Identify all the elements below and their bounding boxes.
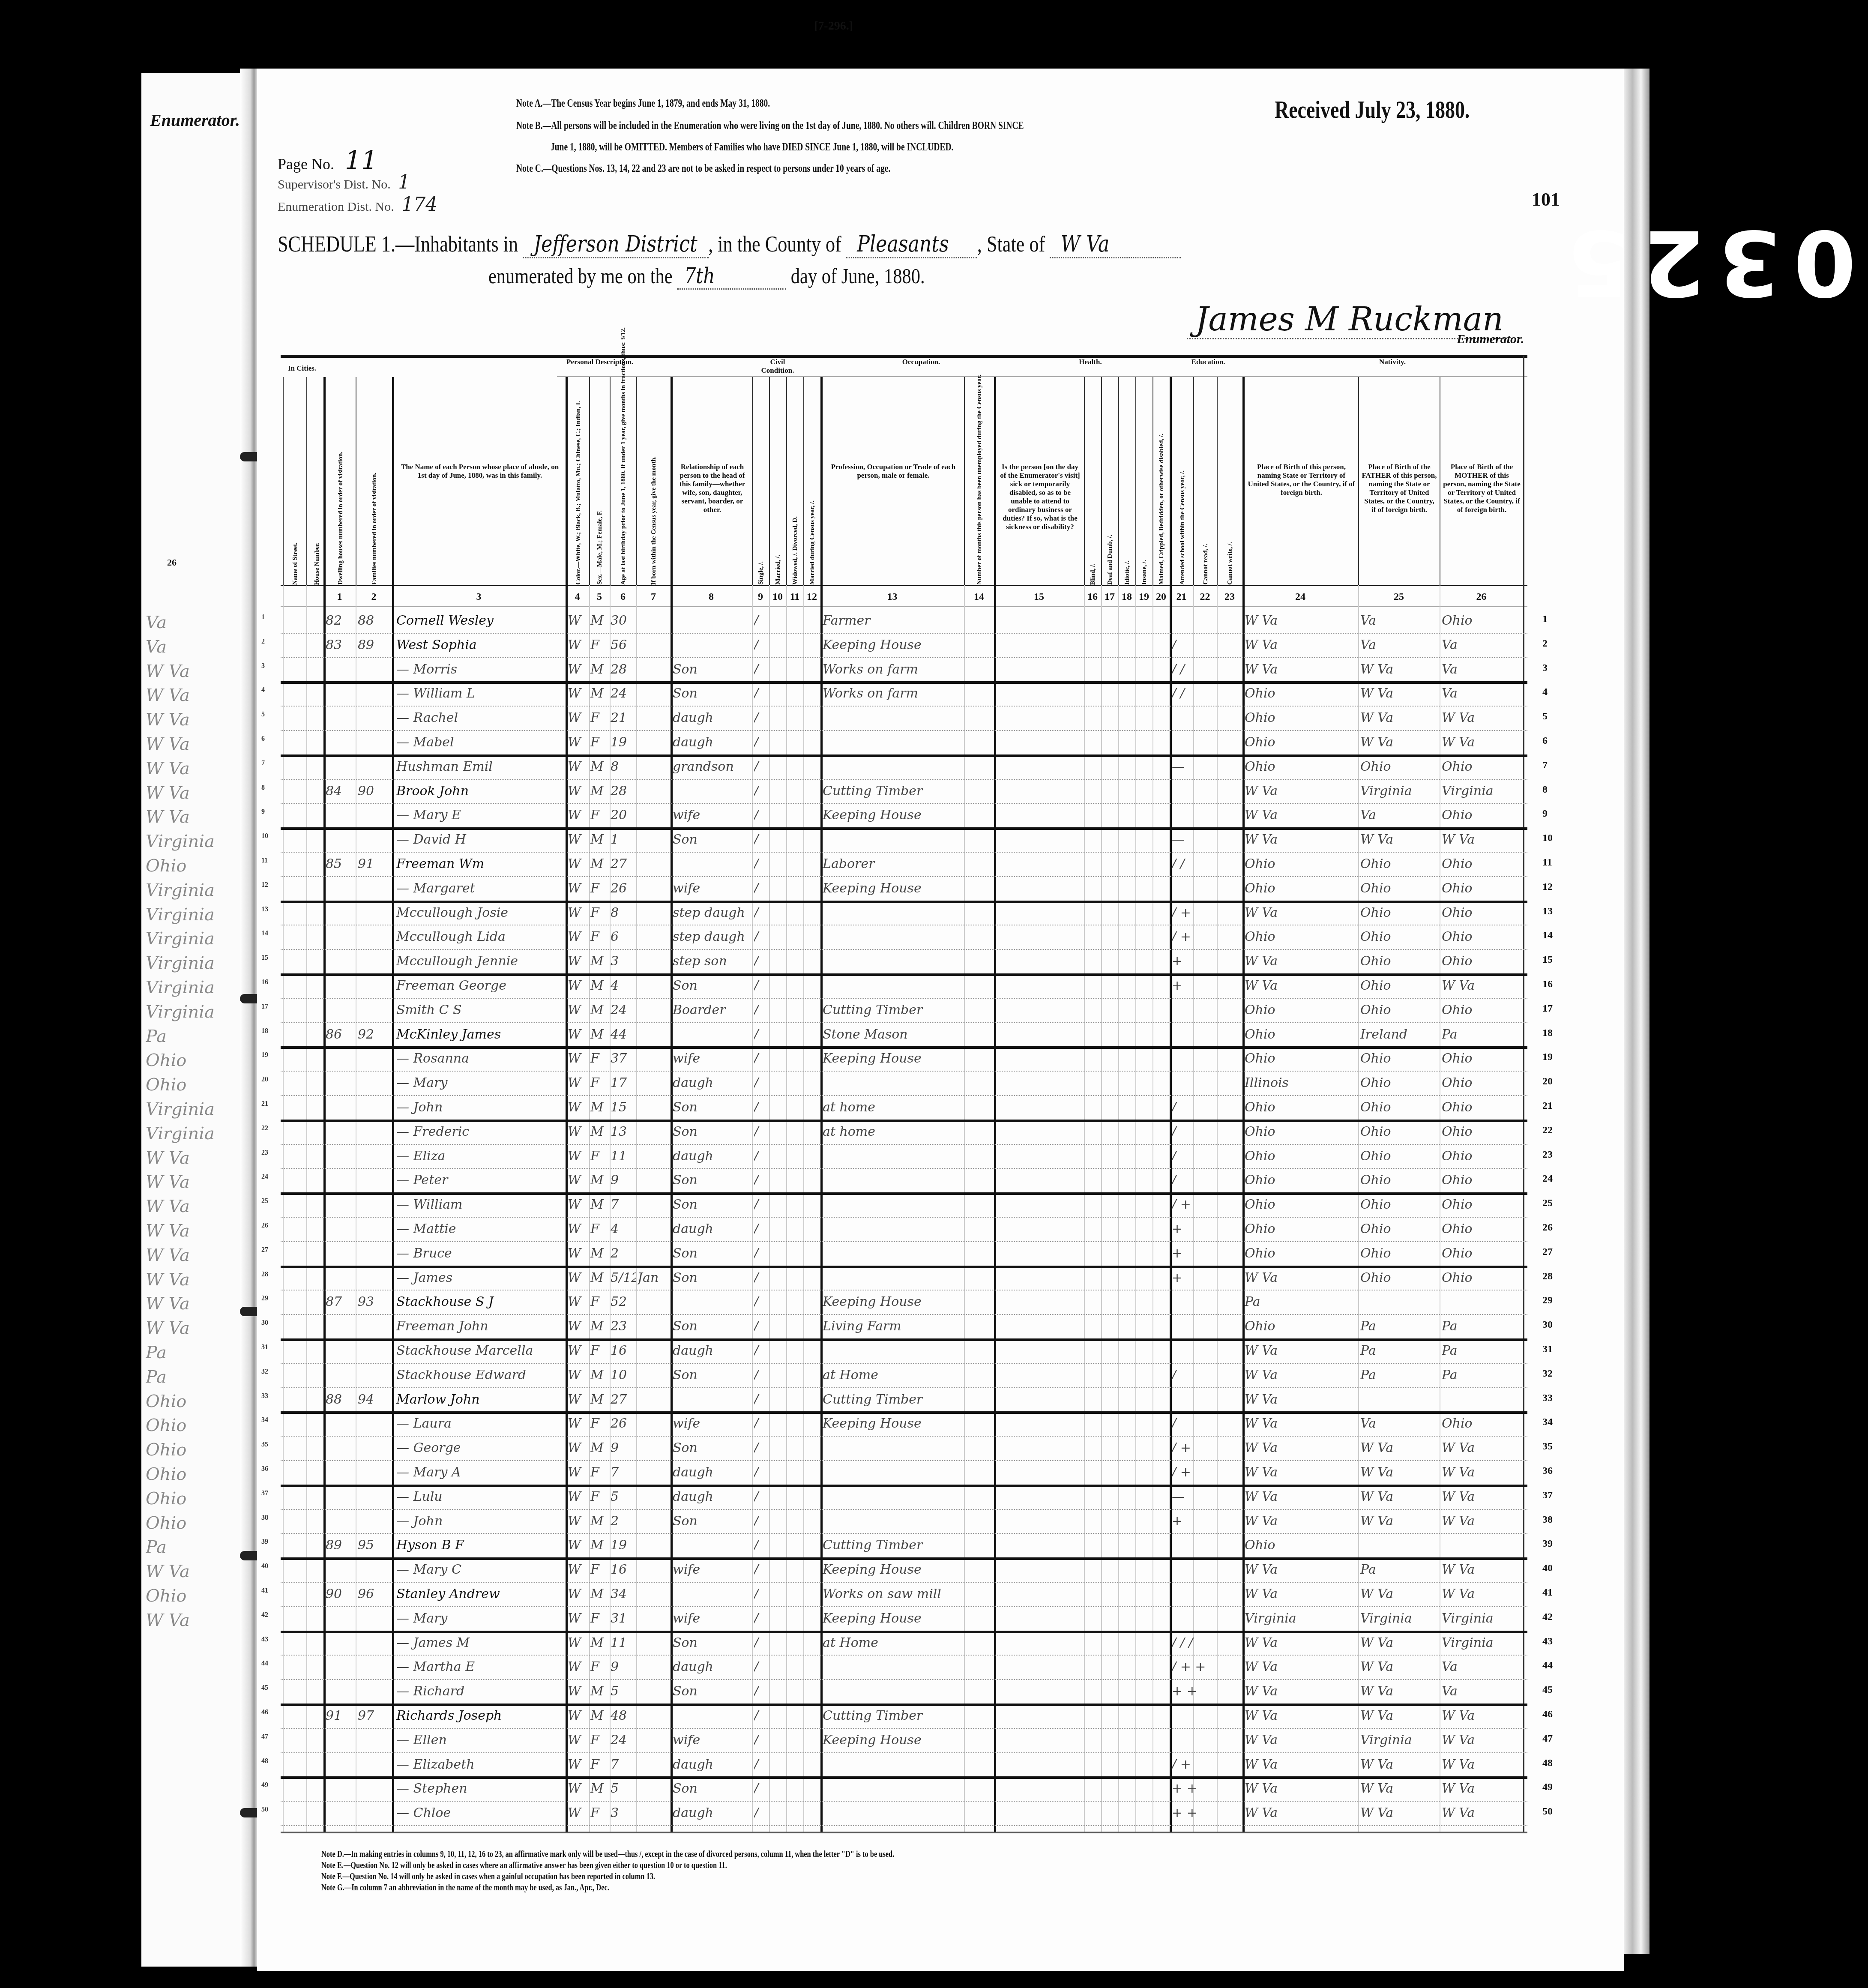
cell-relation: daugh: [673, 1222, 752, 1236]
row-rule: [281, 852, 1527, 853]
cell-color: W: [568, 1319, 589, 1333]
column-number: 1: [323, 591, 356, 603]
cell-sex: F: [590, 1149, 610, 1163]
cell-relation: wife: [673, 1733, 752, 1747]
schedule-prefix: SCHEDULE 1.—Inhabitants in: [278, 232, 518, 257]
line-number-left: 44: [261, 1660, 268, 1668]
table-row: 1515Mccullough JennieWM3step son/+W VaOh…: [0, 954, 1868, 968]
cell-color: W: [568, 1757, 589, 1772]
cell-edu: +: [1172, 1222, 1240, 1236]
cell-color: W: [568, 711, 589, 725]
line-number-right: 21: [1542, 1100, 1553, 1112]
cell-sex: M: [590, 832, 610, 847]
cell-name: Marlow John: [396, 1392, 566, 1407]
table-row: 44— William LWM24Son/Works on farm/ /Ohi…: [0, 686, 1868, 701]
cell-relation: wife: [673, 1611, 752, 1626]
cell-father: Ohio: [1360, 1271, 1440, 1285]
cell-color: W: [568, 1125, 589, 1139]
cell-age: 19: [611, 735, 636, 749]
frame-number: 0325: [1554, 219, 1856, 305]
cell-color: W: [568, 1563, 589, 1577]
cell-civil: /: [754, 1563, 818, 1577]
cell-edu: /: [1172, 1173, 1240, 1187]
cell-color: W: [568, 1465, 589, 1479]
cell-name: — Bruce: [396, 1246, 566, 1260]
row-rule: [281, 1290, 1527, 1290]
cell-father: W Va: [1360, 1490, 1440, 1504]
cell-edu: + +: [1172, 1684, 1240, 1698]
cell-edu: / +: [1172, 930, 1240, 944]
cell-name: — Mattie: [396, 1222, 566, 1236]
cell-sex: F: [590, 808, 610, 822]
table-row: 11118591Freeman WmWM27/Laborer/ /OhioOhi…: [0, 857, 1868, 871]
enumerated-day: 7th: [677, 263, 786, 290]
cell-birth: W Va: [1245, 1368, 1356, 1382]
cell-occupation: Keeping House: [823, 1416, 964, 1431]
cell-birth: Ohio: [1245, 881, 1356, 895]
cell-occupation: Works on saw mill: [823, 1587, 964, 1601]
cell-mother: W Va: [1442, 1514, 1523, 1528]
cell-civil: /: [754, 979, 818, 993]
cell-father: W Va: [1360, 832, 1440, 847]
cell-mother: Ohio: [1442, 1149, 1523, 1163]
column-header-label: Name of Street.: [292, 542, 298, 585]
cell-birth: W Va: [1245, 1709, 1356, 1723]
line-number-right: 46: [1542, 1709, 1553, 1720]
cell-mother: Ohio: [1442, 1198, 1523, 1212]
cell-occupation: Keeping House: [823, 1733, 964, 1747]
cell-birth: W Va: [1245, 1392, 1356, 1407]
line-number-right: 6: [1542, 735, 1548, 747]
column-header-2: Families numbered in order of visitation…: [356, 377, 392, 589]
line-number-right: 4: [1542, 686, 1548, 698]
county-label: , in the County of: [708, 232, 841, 257]
line-number-left: 16: [261, 979, 268, 986]
cell-relation: Son: [673, 1781, 752, 1796]
row-rule: [281, 633, 1527, 634]
line-number-right: 37: [1542, 1490, 1553, 1501]
line-number-left: 26: [261, 1222, 268, 1230]
cell-sex: M: [590, 1198, 610, 1212]
cell-sex: M: [590, 1636, 610, 1650]
cell-father: Virginia: [1360, 1733, 1440, 1747]
cell-dwelling: 86: [326, 1027, 356, 1042]
cell-sex: M: [590, 686, 610, 701]
line-number-left: 21: [261, 1100, 268, 1108]
cell-mother: W Va: [1442, 1587, 1523, 1601]
cell-occupation: Farmer: [823, 614, 964, 628]
column-header-label: Families numbered in order of visitation…: [371, 473, 377, 585]
column-header-7: If born within the Census year, give the…: [636, 377, 671, 589]
cell-mother: Pa: [1442, 1344, 1523, 1358]
cell-age: 11: [611, 1636, 636, 1650]
cell-color: W: [568, 1538, 589, 1552]
column-number: 18: [1118, 591, 1135, 603]
cell-age: 9: [611, 1173, 636, 1187]
cell-birth: W Va: [1245, 1806, 1356, 1820]
left-enumerator-caption: Enumerator.: [150, 110, 240, 130]
table-row: 2222— FredericWM13Son/at home/OhioOhioOh…: [0, 1125, 1868, 1139]
cell-age: 7: [611, 1198, 636, 1212]
cell-edu: +: [1172, 1246, 1240, 1260]
cell-father: Va: [1360, 614, 1440, 628]
cell-age: 2: [611, 1514, 636, 1528]
cell-father: Pa: [1360, 1563, 1440, 1577]
footnotes: Note D.—In making entries in columns 9, …: [321, 1849, 894, 1893]
cell-birth: Ohio: [1245, 930, 1356, 944]
line-number-right: 19: [1542, 1051, 1553, 1063]
column-header-label: Profession, Occupation or Trade of each …: [825, 463, 961, 480]
cell-birth: W Va: [1245, 906, 1356, 920]
cell-mother: W Va: [1442, 1781, 1523, 1796]
cell-civil: /: [754, 954, 818, 968]
cell-name: — Chloe: [396, 1806, 566, 1820]
cell-father: Ohio: [1360, 1222, 1440, 1236]
cell-edu: / /: [1172, 662, 1240, 677]
cell-sex: F: [590, 1733, 610, 1747]
column-header-5: Sex.—Male, M.; Female, F.: [589, 377, 610, 589]
cell-civil: /: [754, 857, 818, 871]
line-number-right: 39: [1542, 1538, 1553, 1550]
cell-mother: Ohio: [1442, 857, 1523, 871]
cell-sex: F: [590, 1076, 610, 1090]
column-header-11: Widowed, /. Divorced, D.: [786, 377, 803, 589]
cell-sex: M: [590, 1392, 610, 1407]
cell-color: W: [568, 1709, 589, 1723]
table-row: 5050— ChloeWF3daugh/+ +W VaW VaW Va: [0, 1806, 1868, 1820]
cell-age: 24: [611, 686, 636, 701]
cell-birth: Ohio: [1245, 1003, 1356, 1017]
cell-civil: /: [754, 1781, 818, 1796]
line-number-right: 33: [1542, 1392, 1553, 1404]
cell-civil: /: [754, 1490, 818, 1504]
table-row: 3232Stackhouse EdwardWM10Son/at Home/W V…: [0, 1368, 1868, 1382]
row-rule: [281, 1533, 1527, 1534]
row-rule: [281, 1338, 1527, 1341]
line-number-left: 17: [261, 1003, 268, 1011]
cell-color: W: [568, 1660, 589, 1674]
sheet-number: 101: [1532, 189, 1560, 210]
cell-father: W Va: [1360, 735, 1440, 749]
column-header-label: Single, /.: [758, 561, 764, 585]
supervisor-district: Supervisor's Dist. No. 1: [278, 171, 410, 193]
cell-dwelling: 84: [326, 784, 356, 798]
line-number-right: 7: [1542, 760, 1548, 771]
cell-age: 5/12: [611, 1271, 636, 1285]
cell-age: 37: [611, 1051, 636, 1066]
cell-color: W: [568, 1222, 589, 1236]
cell-occupation: Keeping House: [823, 1295, 964, 1309]
cell-edu: / / /: [1172, 1636, 1240, 1650]
group-health: Health.: [1037, 358, 1144, 366]
line-number-right: 41: [1542, 1587, 1553, 1599]
cell-mother: Pa: [1442, 1319, 1523, 1333]
cell-relation: daugh: [673, 1806, 752, 1820]
cell-civil: /: [754, 686, 818, 701]
cell-sex: M: [590, 1538, 610, 1552]
line-number-left: 40: [261, 1563, 268, 1570]
cell-birth: Ohio: [1245, 857, 1356, 871]
supervisor-district-value: 1: [398, 171, 410, 193]
cell-birth: W Va: [1245, 1587, 1356, 1601]
cell-birth: W Va: [1245, 1733, 1356, 1747]
cell-mother: W Va: [1442, 1733, 1523, 1747]
cell-color: W: [568, 1344, 589, 1358]
line-number-left: 4: [261, 686, 265, 694]
cell-civil: /: [754, 1003, 818, 1017]
cell-color: W: [568, 1806, 589, 1820]
enumerated-prefix: enumerated by me on the: [488, 264, 673, 288]
table-row: 29298793Stackhouse S JWF52/Keeping House…: [0, 1295, 1868, 1309]
row-rule: [281, 803, 1527, 804]
row-rule: [281, 1022, 1527, 1023]
row-rule: [281, 1071, 1527, 1072]
table-row: 118288Cornell WesleyWM30/FarmerW VaVaOhi…: [0, 614, 1868, 628]
row-rule: [281, 1582, 1527, 1583]
cell-sex: M: [590, 1441, 610, 1455]
column-header-6: Age at last birthday prior to June 1, 18…: [610, 377, 636, 589]
note-d: Note D.—In making entries in columns 9, …: [321, 1849, 894, 1860]
cell-sex: M: [590, 784, 610, 798]
cell-birth: Ohio: [1245, 760, 1356, 774]
cell-age: 15: [611, 1100, 636, 1114]
cell-mother: Ohio: [1442, 1222, 1523, 1236]
column-header-13: Profession, Occupation or Trade of each …: [820, 377, 964, 589]
line-number-right: 11: [1542, 857, 1552, 868]
row-rule: [281, 1266, 1527, 1268]
cell-occupation: at home: [823, 1125, 964, 1139]
cell-edu: / +: [1172, 1441, 1240, 1455]
table-row: 3838— JohnWM2Son/+W VaW VaW Va: [0, 1514, 1868, 1528]
cell-occupation: Stone Mason: [823, 1027, 964, 1042]
row-rule: [281, 973, 1527, 976]
cell-dwelling: 91: [326, 1709, 356, 1723]
cell-name: — George: [396, 1441, 566, 1455]
row-rule: [281, 1509, 1527, 1510]
column-number: 20: [1153, 591, 1170, 603]
cell-occupation: Works on farm: [823, 662, 964, 677]
cell-relation: daugh: [673, 1076, 752, 1090]
table-row: 1616Freeman GeorgeWM4Son/+W VaOhioW Va: [0, 979, 1868, 993]
cell-relation: daugh: [673, 735, 752, 749]
column-number: 15: [994, 591, 1084, 603]
cell-color: W: [568, 1733, 589, 1747]
cell-age: 34: [611, 1587, 636, 1601]
column-number: 13: [820, 591, 964, 603]
line-number-left: 11: [261, 857, 268, 865]
line-number-right: 17: [1542, 1003, 1553, 1015]
row-rule: [281, 1728, 1527, 1729]
cell-age: 9: [611, 1660, 636, 1674]
cell-father: W Va: [1360, 1684, 1440, 1698]
column-header-label: Married, /.: [775, 555, 781, 585]
line-number-right: 30: [1542, 1319, 1553, 1331]
cell-age: 6: [611, 930, 636, 944]
cell-father: Ohio: [1360, 930, 1440, 944]
line-number-right: 29: [1542, 1295, 1553, 1306]
table-row: 33338894Marlow JohnWM27/Cutting TimberW …: [0, 1392, 1868, 1407]
column-header-label: Insane, /.: [1141, 560, 1148, 585]
cell-sex: F: [590, 638, 610, 652]
row-rule: [281, 754, 1527, 757]
cell-civil: /: [754, 1514, 818, 1528]
cell-civil: /: [754, 1416, 818, 1431]
table-row: 4242— MaryWF31wife/Keeping HouseVirginia…: [0, 1611, 1868, 1626]
cell-father: W Va: [1360, 711, 1440, 725]
cell-edu: /: [1172, 1416, 1240, 1431]
cell-name: Freeman Wm: [396, 857, 566, 871]
cell-age: 4: [611, 979, 636, 993]
cell-relation: Son: [673, 1198, 752, 1212]
line-number-right: 38: [1542, 1514, 1553, 1526]
row-rule: [281, 1825, 1527, 1826]
line-number-left: 36: [261, 1465, 268, 1473]
table-row: 4848— ElizabethWF7daugh// +W VaW VaW Va: [0, 1757, 1868, 1772]
cell-color: W: [568, 808, 589, 822]
cell-dwelling: 82: [326, 614, 356, 628]
column-header-label: The Name of each Person whose place of a…: [397, 463, 563, 480]
table-row: 2626— MattieWF4daugh/+OhioOhioOhio: [0, 1222, 1868, 1236]
column-header-label: Age at last birthday prior to June 1, 18…: [620, 327, 627, 585]
cell-color: W: [568, 1149, 589, 1163]
line-number-left: 35: [261, 1441, 268, 1449]
cell-mother: Ohio: [1442, 1003, 1523, 1017]
cell-color: W: [568, 1246, 589, 1260]
cell-civil: /: [754, 1757, 818, 1772]
column-header-label: Relationship of each person to the head …: [675, 463, 749, 514]
cell-father: Va: [1360, 1416, 1440, 1431]
cell-civil: /: [754, 808, 818, 822]
cell-name: — Rosanna: [396, 1051, 566, 1066]
cell-occupation: at Home: [823, 1368, 964, 1382]
table-row: 39398995Hyson B FWM19/Cutting TimberOhio: [0, 1538, 1868, 1552]
cell-civil: /: [754, 1319, 818, 1333]
cell-name: — John: [396, 1514, 566, 1528]
cell-civil: /: [754, 1392, 818, 1407]
cell-age: 27: [611, 857, 636, 871]
table-row: 2121— JohnWM15Son/at home/OhioOhioOhio: [0, 1100, 1868, 1114]
column-header-4: Color.—White, W.; Black, B.; Mulatto, Mu…: [566, 377, 589, 589]
cell-birth: Ohio: [1245, 1027, 1356, 1042]
cell-father: Va: [1360, 808, 1440, 822]
cell-family: 94: [358, 1392, 390, 1407]
line-number-right: 27: [1542, 1246, 1553, 1258]
cell-relation: Son: [673, 686, 752, 701]
cell-father: Ohio: [1360, 1198, 1440, 1212]
line-number-right: 22: [1542, 1125, 1553, 1136]
cell-mother: W Va: [1442, 1563, 1523, 1577]
cell-edu: +: [1172, 1514, 1240, 1528]
column-header-19: Insane, /.: [1135, 377, 1153, 589]
cell-relation: step daugh: [673, 906, 752, 920]
cell-color: W: [568, 1027, 589, 1042]
cell-civil: /: [754, 1684, 818, 1698]
cell-dwelling: 88: [326, 1392, 356, 1407]
cell-birth: Ohio: [1245, 1173, 1356, 1187]
line-number-right: 49: [1542, 1781, 1553, 1793]
cell-mother: W Va: [1442, 832, 1523, 847]
row-rule: [281, 1704, 1527, 1706]
cell-civil: /: [754, 1465, 818, 1479]
cell-age: 27: [611, 1392, 636, 1407]
cell-age: 17: [611, 1076, 636, 1090]
line-number-right: 18: [1542, 1027, 1553, 1039]
row-rule: [281, 1363, 1527, 1364]
cell-relation: Son: [673, 1368, 752, 1382]
cell-sex: F: [590, 711, 610, 725]
cell-mother: Virginia: [1442, 1611, 1523, 1626]
cell-mother: W Va: [1442, 1709, 1523, 1723]
cell-mother: Ohio: [1442, 1416, 1523, 1431]
cell-name: Richards Joseph: [396, 1709, 566, 1723]
line-number-left: 1: [261, 614, 265, 621]
note-a: Note A.—The Census Year begins June 1, 1…: [516, 98, 770, 110]
line-number-left: 46: [261, 1709, 268, 1716]
column-number: 7: [636, 591, 671, 603]
table-row: 18188692McKinley JamesWM44/Stone MasonOh…: [0, 1027, 1868, 1042]
cell-sex: M: [590, 1514, 610, 1528]
cell-sex: M: [590, 857, 610, 871]
column-number: 10: [769, 591, 786, 603]
group-in-cities: In Cities.: [283, 364, 321, 373]
cell-mother: Ohio: [1442, 1173, 1523, 1187]
cell-mother: W Va: [1442, 979, 1523, 993]
cell-age: 1: [611, 832, 636, 847]
cell-birth: Ohio: [1245, 1100, 1356, 1114]
cell-relation: Son: [673, 1514, 752, 1528]
enumerated-suffix: day of June, 1880.: [791, 264, 925, 288]
column-header-17: Deaf and Dumb, /.: [1101, 377, 1118, 589]
cell-color: W: [568, 1003, 589, 1017]
cell-birth: W Va: [1245, 1563, 1356, 1577]
cell-civil: /: [754, 614, 818, 628]
cell-birth: Illinois: [1245, 1076, 1356, 1090]
cell-sex: F: [590, 1806, 610, 1820]
cell-mother: W Va: [1442, 1757, 1523, 1772]
column-header-label: Idiotic, /.: [1124, 560, 1131, 585]
row-rule: [281, 779, 1527, 780]
cell-father: Ohio: [1360, 760, 1440, 774]
cell-name: Hyson B F: [396, 1538, 566, 1552]
table-row: 3131Stackhouse MarcellaWF16daugh/W VaPaP…: [0, 1344, 1868, 1358]
cell-sex: F: [590, 1222, 610, 1236]
line-number-right: 23: [1542, 1149, 1553, 1161]
cell-mother: Ohio: [1442, 1125, 1523, 1139]
line-number-left: 48: [261, 1757, 268, 1765]
cell-birth: W Va: [1245, 954, 1356, 968]
cell-name: — Mary E: [396, 808, 566, 822]
cell-birth: Pa: [1245, 1295, 1356, 1309]
cell-birth: W Va: [1245, 1684, 1356, 1698]
cell-family: 90: [358, 784, 390, 798]
cell-color: W: [568, 1076, 589, 1090]
column-number: 9: [752, 591, 769, 603]
line-number-right: 9: [1542, 808, 1548, 820]
table-row: 99— Mary EWF20wife/Keeping HouseW VaVaOh…: [0, 808, 1868, 822]
line-number-left: 25: [261, 1198, 268, 1205]
row-rule: [281, 1241, 1527, 1242]
cell-family: 88: [358, 614, 390, 628]
county-field: Pleasants: [846, 231, 977, 258]
cell-relation: Son: [673, 1246, 752, 1260]
cell-color: W: [568, 1392, 589, 1407]
cell-age: 5: [611, 1684, 636, 1698]
cell-sex: F: [590, 1563, 610, 1577]
cell-birth: W Va: [1245, 614, 1356, 628]
table-row: 33— MorrisWM28Son/Works on farm/ /W VaW …: [0, 662, 1868, 677]
table-row: 1212— MargaretWF26wife/Keeping HouseOhio…: [0, 881, 1868, 895]
cell-father: Ohio: [1360, 1003, 1440, 1017]
